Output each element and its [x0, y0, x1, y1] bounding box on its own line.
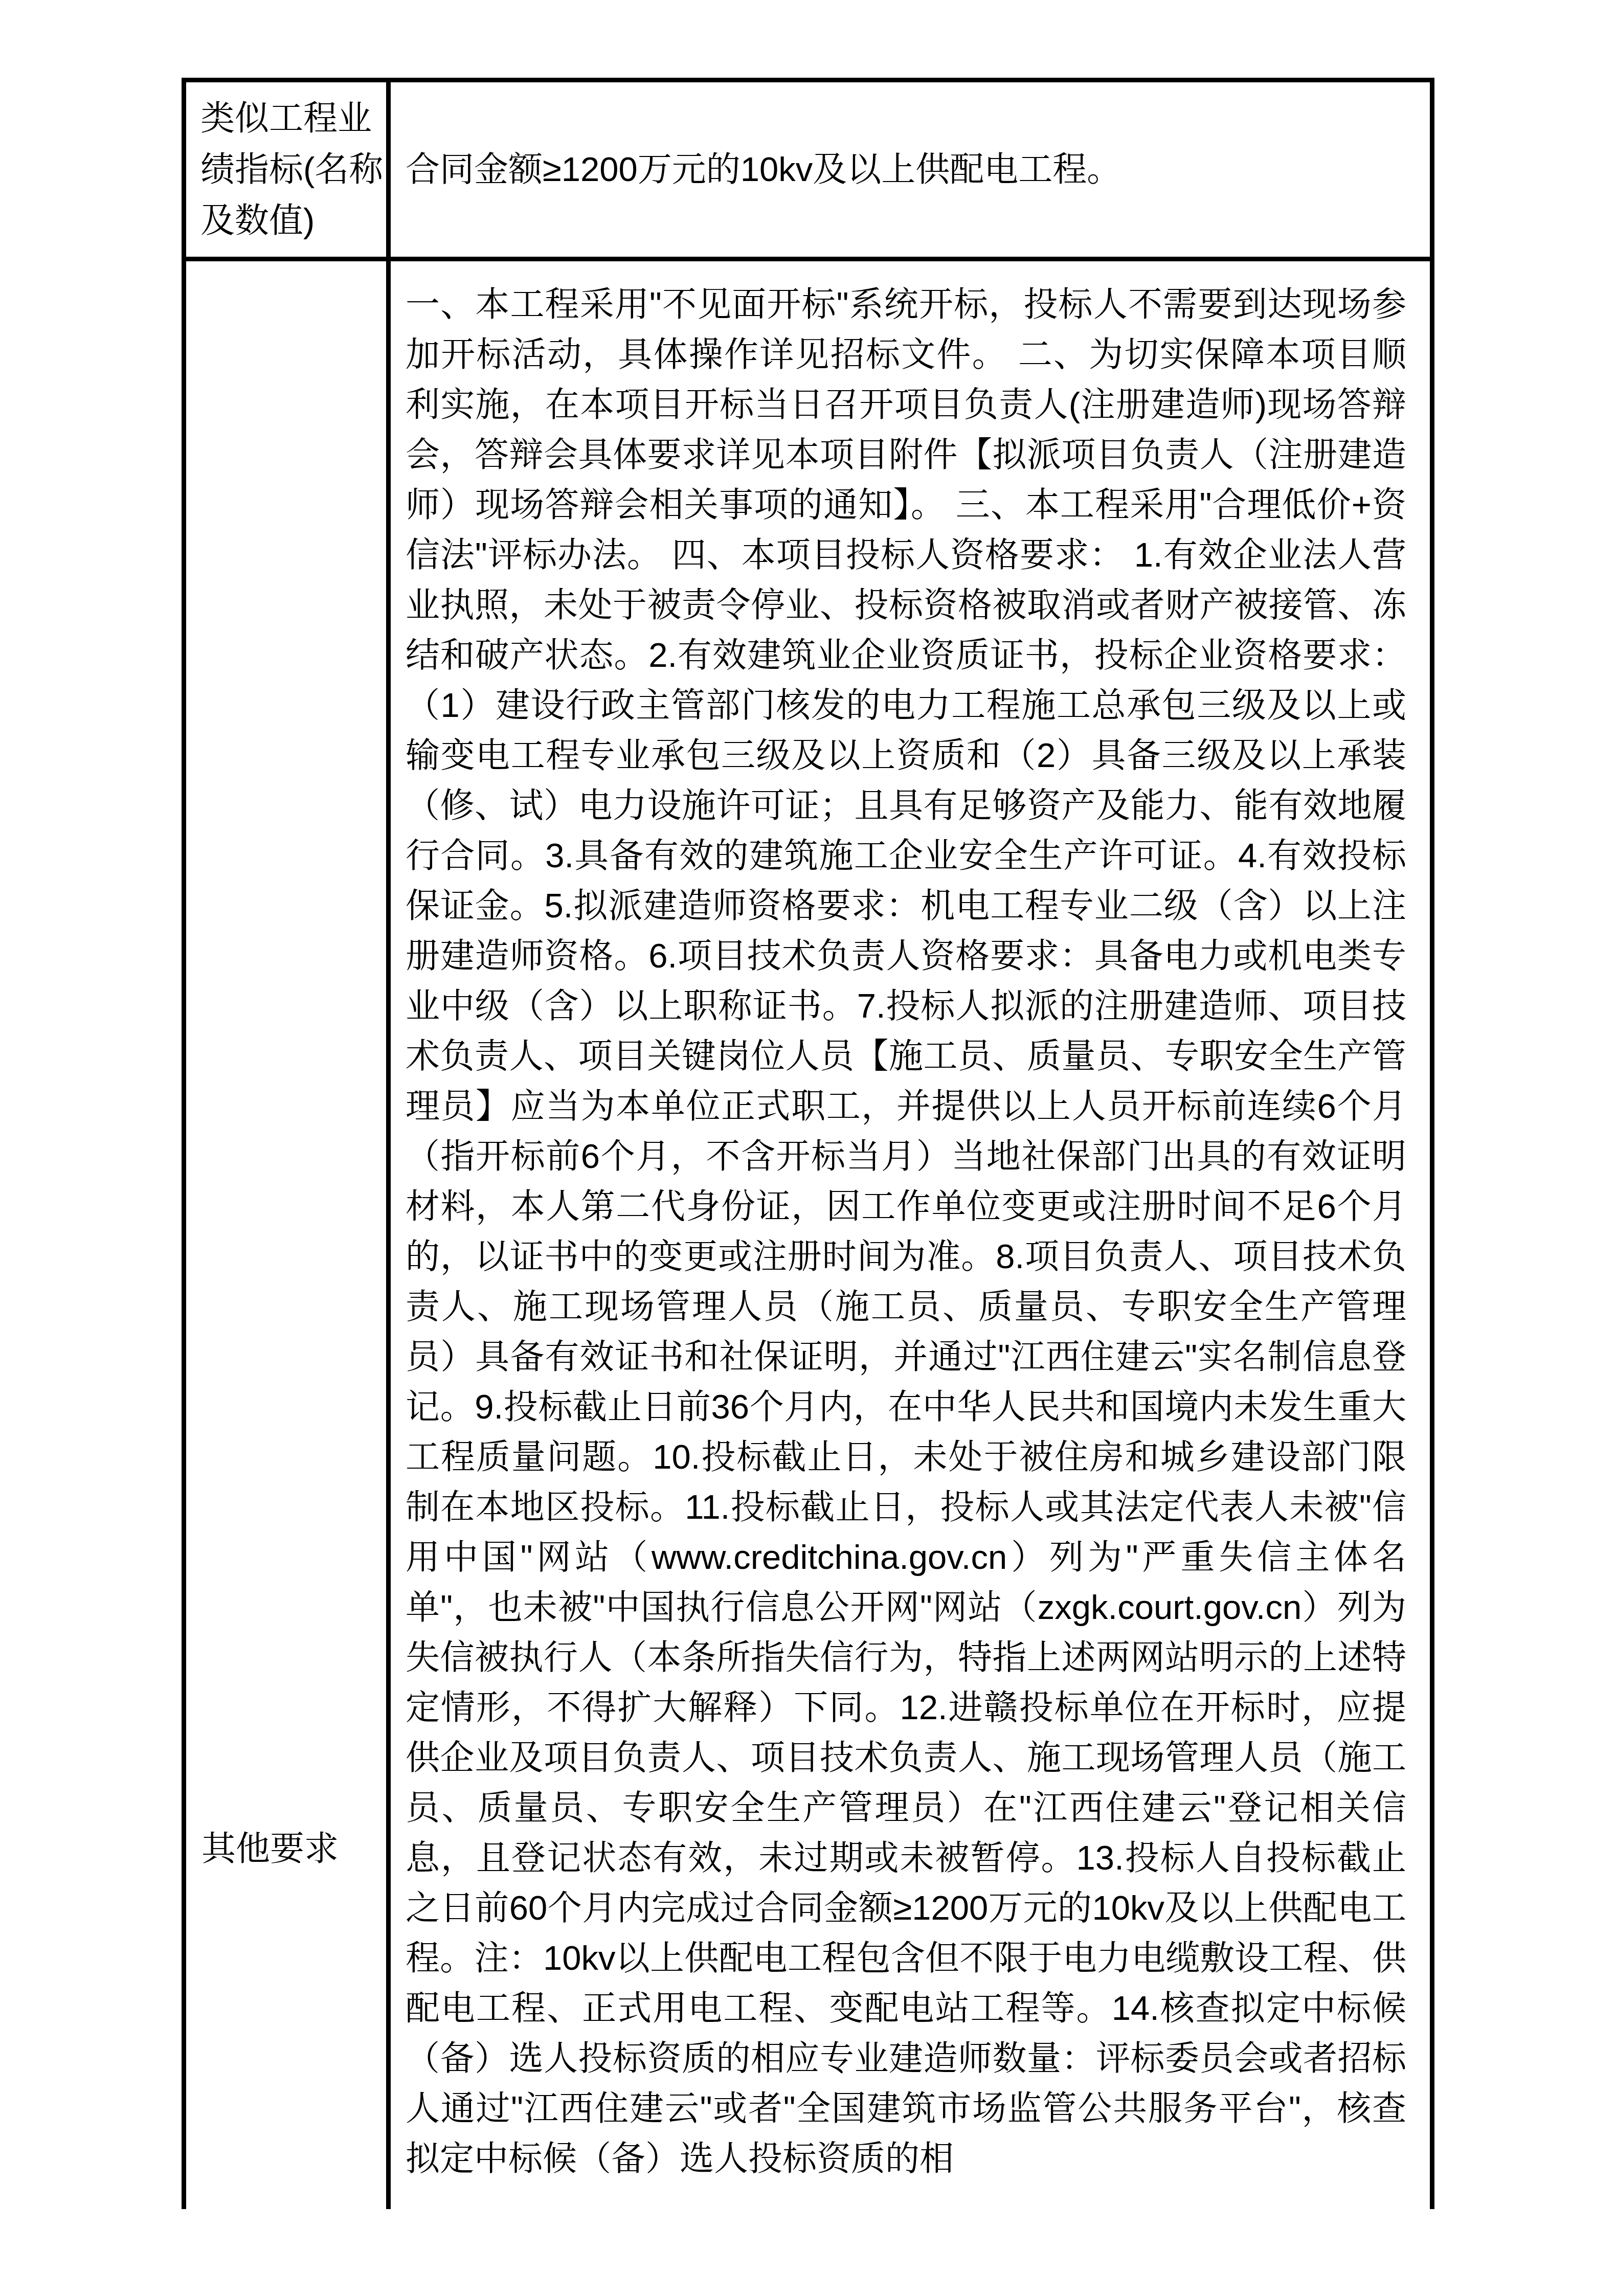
performance-criteria-label-cell: 类似工程业绩指标(名称及数值) [186, 82, 391, 257]
table-row-other-requirements: 其他要求 一、本工程采用"不见面开标"系统开标，投标人不需要到达现场参加开标活动… [186, 261, 1430, 2209]
other-requirements-value-cell: 一、本工程采用"不见面开标"系统开标，投标人不需要到达现场参加开标活动，具体操作… [391, 261, 1430, 2209]
document-page: 类似工程业绩指标(名称及数值) 合同金额≥1200万元的10kv及以上供配电工程… [0, 0, 1616, 2296]
table-row-performance-criteria: 类似工程业绩指标(名称及数值) 合同金额≥1200万元的10kv及以上供配电工程… [186, 82, 1430, 261]
performance-criteria-label: 类似工程业绩指标(名称及数值) [200, 93, 386, 246]
performance-criteria-value-cell: 合同金额≥1200万元的10kv及以上供配电工程。 [391, 82, 1430, 257]
other-requirements-text: 一、本工程采用"不见面开标"系统开标，投标人不需要到达现场参加开标活动，具体操作… [406, 280, 1406, 2184]
other-requirements-label-cell: 其他要求 [186, 261, 391, 2209]
requirements-table: 类似工程业绩指标(名称及数值) 合同金额≥1200万元的10kv及以上供配电工程… [182, 78, 1434, 2209]
performance-criteria-value: 合同金额≥1200万元的10kv及以上供配电工程。 [406, 144, 1121, 195]
other-requirements-label: 其他要求 [201, 1824, 339, 1875]
